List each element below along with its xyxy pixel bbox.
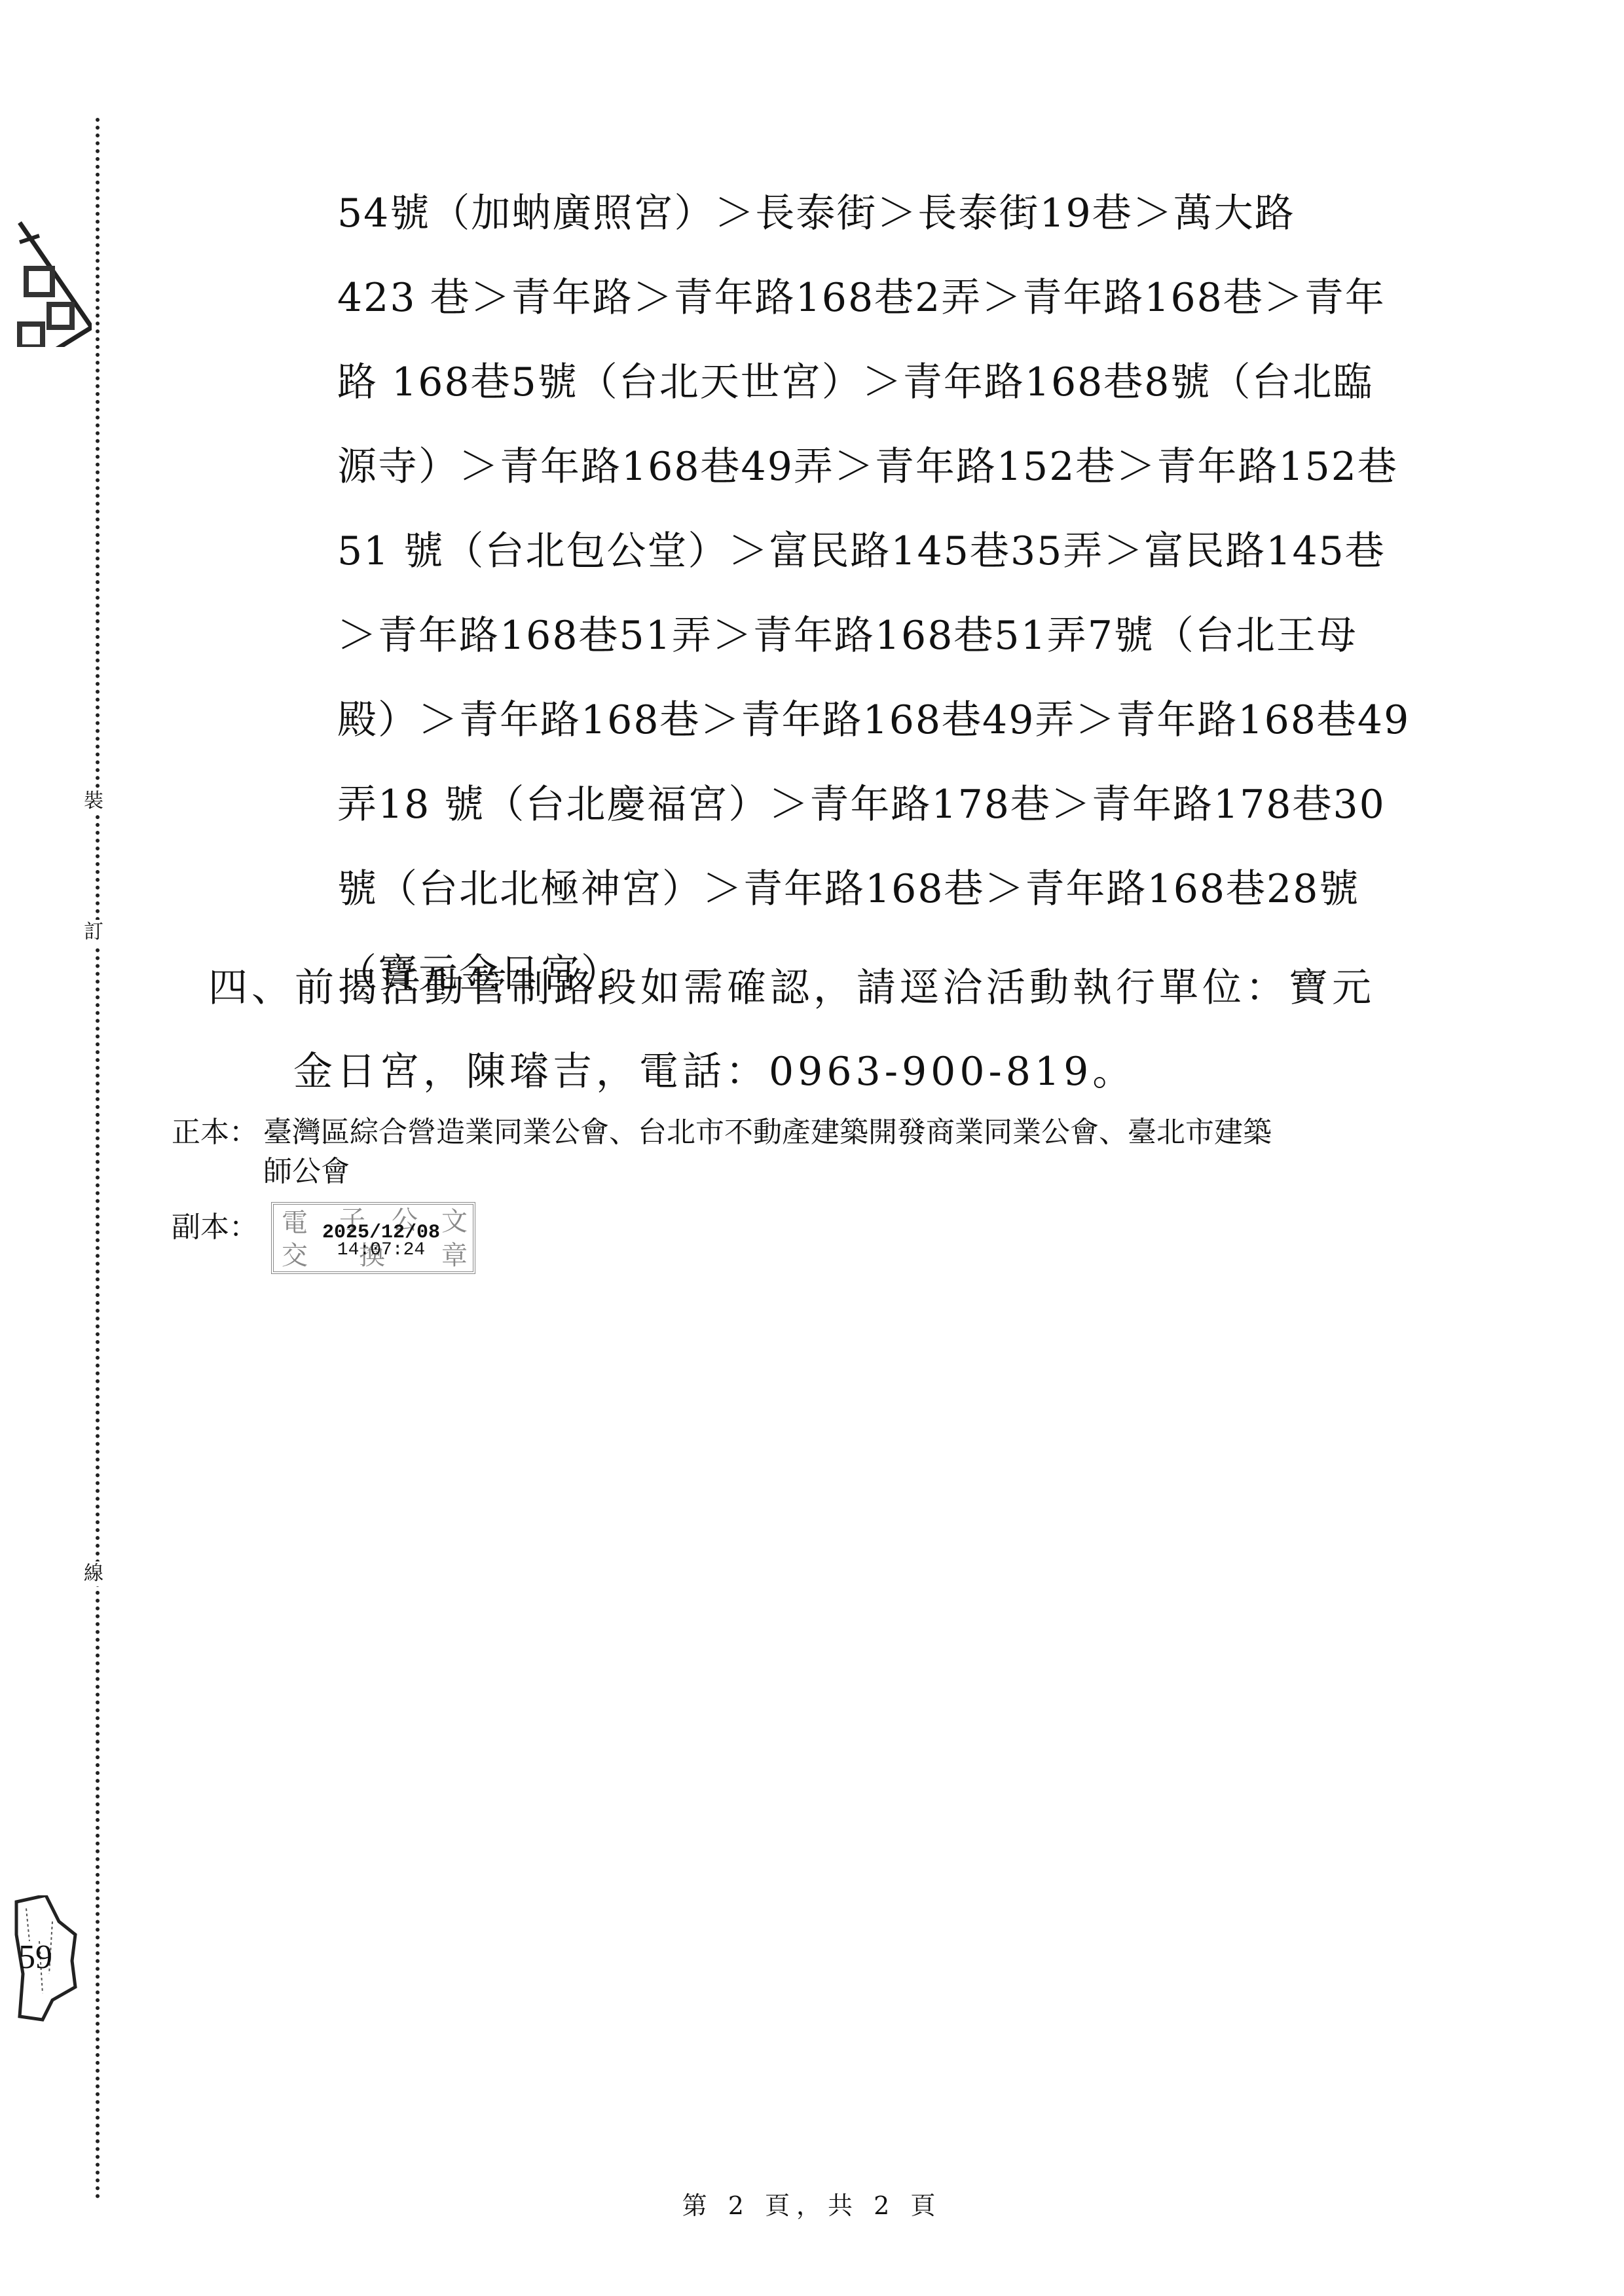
original-recipients-line-1: 臺灣區綜合營造業同業公會、台北市不動產建築開發商業同業公會、臺北市建築	[263, 1116, 1272, 1149]
route-line: 弄18 號（台北慶福宮）＞青年路178巷＞青年路178巷30	[337, 763, 1450, 847]
binding-label-zhuang: 裝	[84, 789, 103, 814]
binding-label-xian: 線	[84, 1561, 103, 1586]
route-line: 423 巷＞青年路＞青年路168巷2弄＞青年路168巷＞青年	[337, 256, 1450, 340]
binding-dotted-line	[96, 118, 105, 2200]
seal-page-number: 59	[18, 1938, 52, 1977]
original-recipients-line-2: 師公會	[172, 1152, 1272, 1192]
copy-recipients: 副本：	[172, 1208, 263, 1247]
e-document-exchange-stamp: 電 子 公 文 交 換 章 2025/12/08 14:07:24	[271, 1202, 475, 1274]
route-description: 54號（加蚋廣照宮）＞長泰街＞長泰街19巷＞萬大路 423 巷＞青年路＞青年路1…	[337, 172, 1450, 1016]
route-line: ＞青年路168巷51弄＞青年路168巷51弄7號（台北王母	[337, 594, 1450, 678]
copy-label: 副本：	[172, 1208, 263, 1247]
binding-label-ding: 訂	[84, 920, 103, 945]
seal-stamp-top-icon	[0, 196, 92, 347]
original-label: 正本：	[172, 1113, 263, 1152]
stamp-time: 14:07:24	[303, 1241, 460, 1260]
route-line: 51 號（台北包公堂）＞富民路145巷35弄＞富民路145巷	[337, 509, 1450, 594]
route-line: 源寺）＞青年路168巷49弄＞青年路152巷＞青年路152巷	[337, 425, 1450, 509]
item-four-line-1: 四、前揭活動管制路段如需確認，請逕洽活動執行單位：寶元	[208, 946, 1452, 1030]
original-recipients: 正本：臺灣區綜合營造業同業公會、台北市不動產建築開發商業同業公會、臺北市建築 師…	[172, 1113, 1272, 1192]
item-four-line-2: 金日宮，陳璿吉，電話：0963-900-819。	[208, 1030, 1452, 1114]
route-line: 54號（加蚋廣照宮）＞長泰街＞長泰街19巷＞萬大路	[337, 172, 1450, 256]
route-line: 殿）＞青年路168巷＞青年路168巷49弄＞青年路168巷49	[337, 678, 1450, 763]
route-line: 號（台北北極神宮）＞青年路168巷＞青年路168巷28號	[337, 847, 1450, 932]
page-footer: 第 2 頁，共 2 頁	[0, 2185, 1624, 2221]
route-line: 路 168巷5號（台北天世宮）＞青年路168巷8號（台北臨	[337, 340, 1450, 425]
item-four-contact: 四、前揭活動管制路段如需確認，請逕洽活動執行單位：寶元 金日宮，陳璿吉，電話：0…	[208, 946, 1452, 1114]
